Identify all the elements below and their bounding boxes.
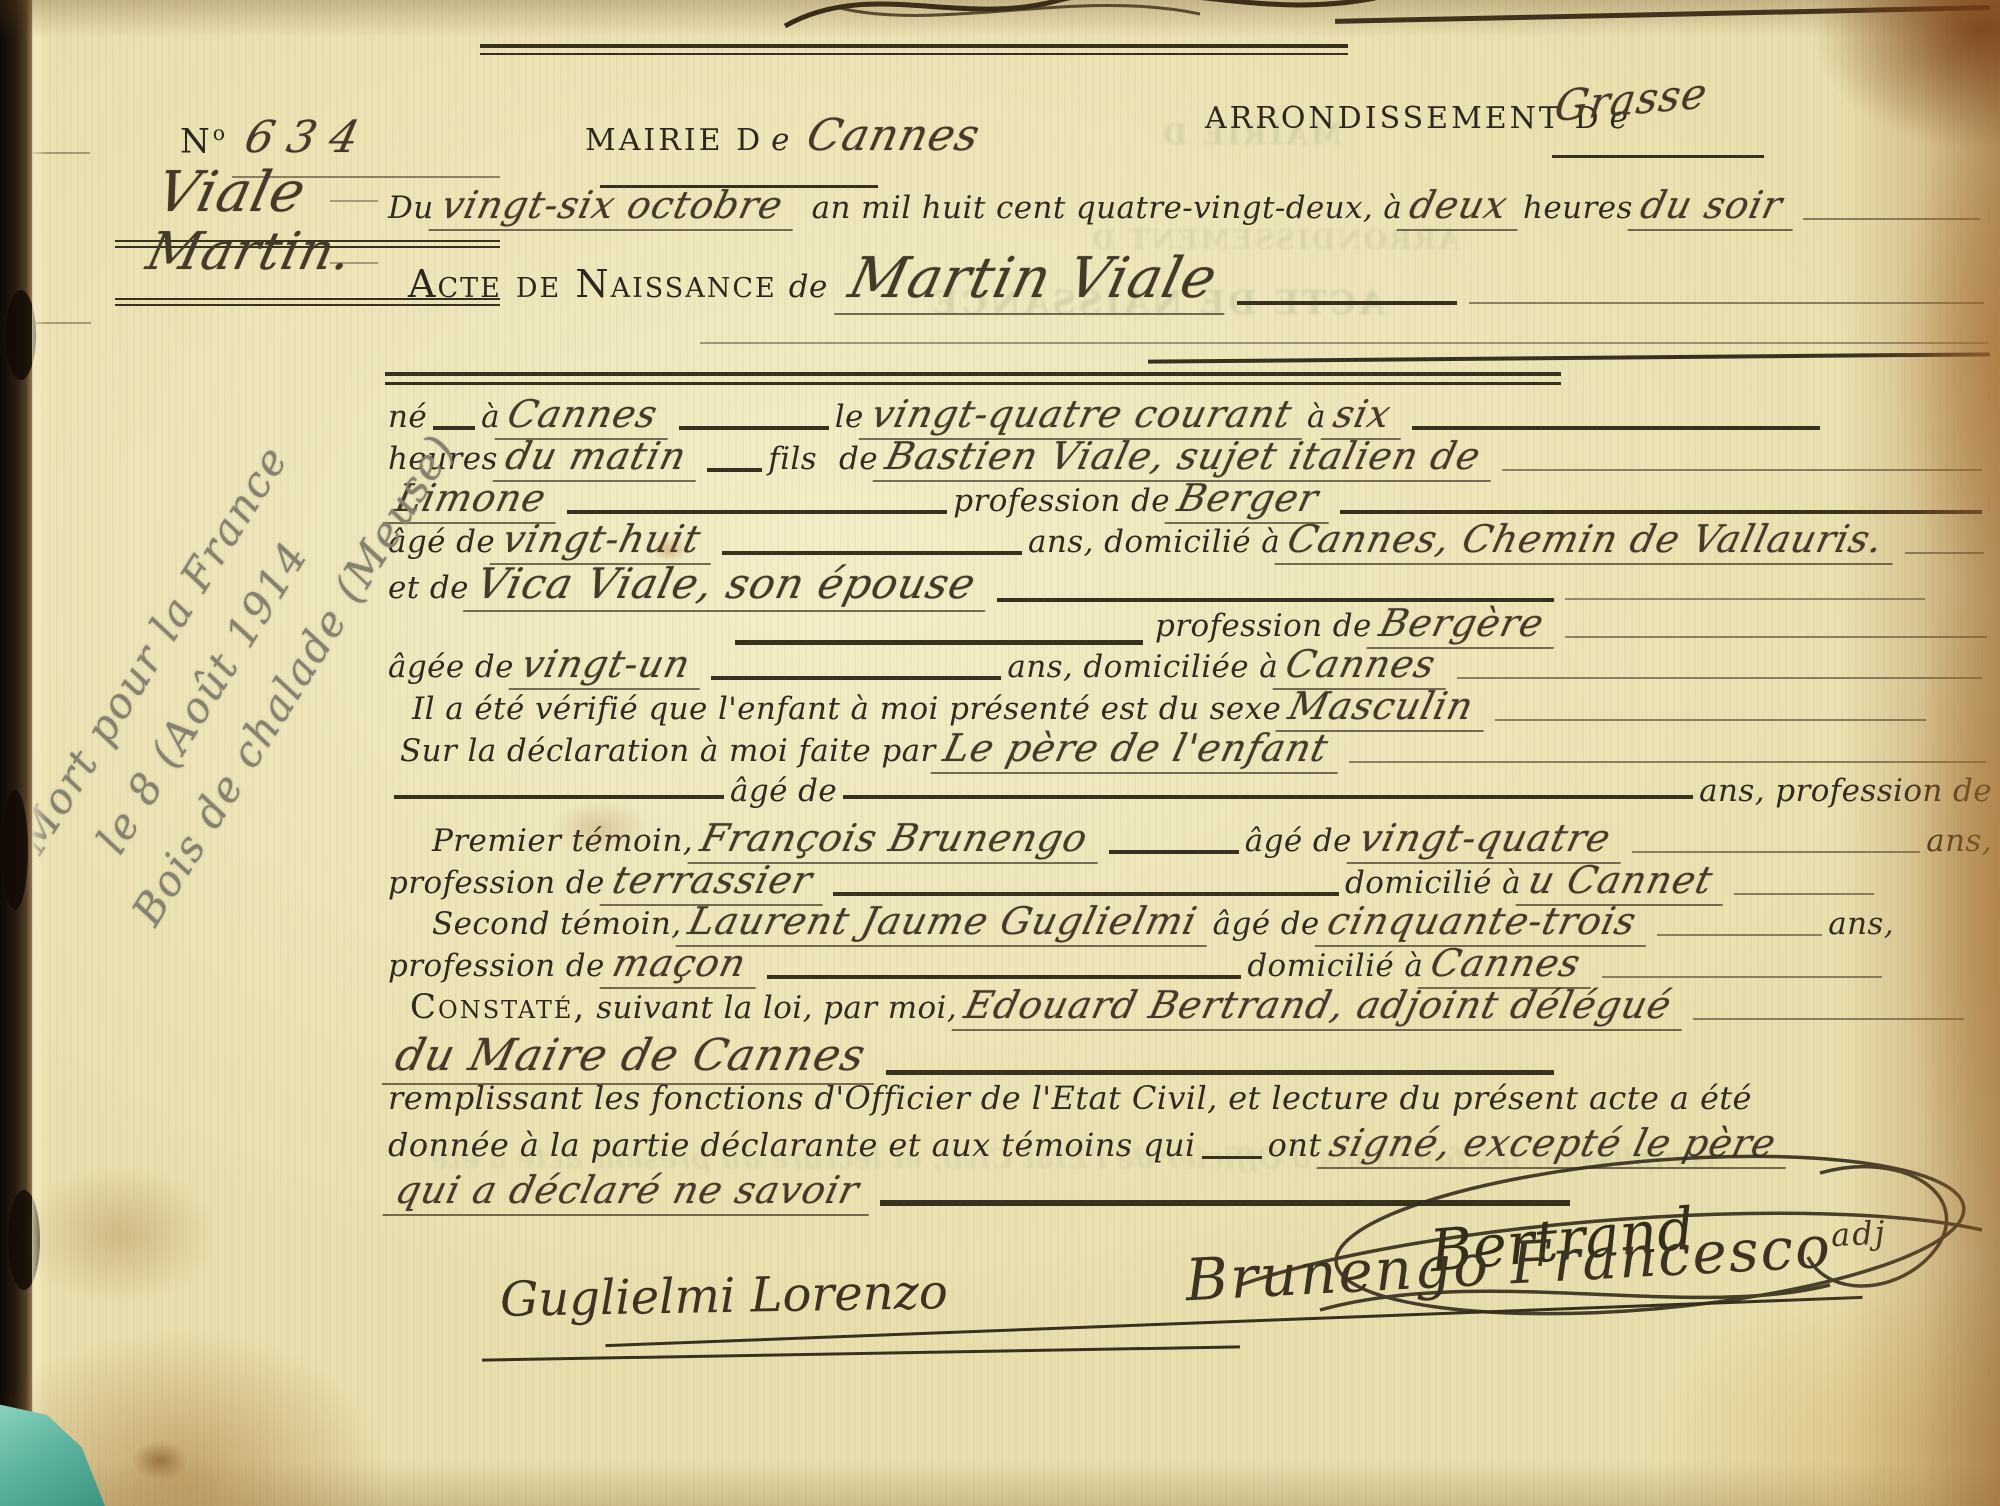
section-rule-right — [1148, 352, 1990, 363]
printed-segment: Sur la déclaration à moi faite par — [400, 733, 936, 769]
witness2-signature-underline — [482, 1345, 1240, 1361]
mairie-value-handwritten: Cannes — [802, 110, 985, 161]
top-flourish — [780, 0, 1380, 36]
spine-tear — [2, 790, 28, 910]
fill-line — [886, 1070, 1554, 1075]
witness2-profession-handwritten: maçon — [599, 941, 766, 989]
witness2-age-handwritten: cinquante-trois — [1314, 899, 1656, 947]
printed-segment: profession de — [1155, 608, 1372, 644]
top-right-rule — [1335, 5, 1990, 24]
act-number: No 634 — [180, 112, 372, 163]
constate-line: Constaté, suivant la loi, par moi, Edoua… — [410, 983, 1970, 1031]
maire-handwritten: du Maire de Cannes — [382, 1030, 887, 1085]
date-line: Du vingt-six octobre an mil huit cent qu… — [388, 183, 1986, 231]
handwritten-date: vingt-six octobre — [428, 183, 803, 231]
printed-segment: le — [835, 399, 864, 435]
printed-segment: de — [789, 269, 828, 305]
fill-line — [1502, 469, 1982, 471]
firstname-handwritten: Martin. — [141, 222, 359, 282]
printed-segment: ans, domicilié à — [1028, 524, 1280, 560]
maire-line: du Maire de Cannes — [388, 1030, 1560, 1085]
arrondissement-value: Grasse — [1553, 68, 1709, 130]
fill-line — [1457, 677, 1982, 679]
constate-label: Constaté, — [410, 987, 586, 1027]
father-age-handwritten: vingt-huit — [490, 517, 722, 565]
mairie-header: MAIRIE D e Cannes — [585, 110, 979, 161]
fill-line — [1734, 893, 1874, 895]
fill-line — [679, 426, 829, 430]
mairie-label: MAIRIE D — [585, 123, 763, 158]
fill-line — [1632, 851, 1920, 853]
printed-segment: Premier témoin, — [432, 823, 693, 859]
printed-segment: profession de — [388, 865, 605, 901]
officer-name-handwritten: Edouard Bertrand, adjoint délégué — [952, 983, 1693, 1031]
printed-segment: âgée de — [388, 649, 514, 685]
number-value-handwritten: 634 — [240, 112, 378, 163]
section-double-rule — [385, 372, 1561, 385]
act-title-label: Acte de Naissance — [408, 262, 777, 306]
declarant-line: Sur la déclaration à moi faite par Le pè… — [400, 726, 1992, 774]
fils-line: heures du matin fils de Bastien Viale, s… — [388, 434, 1988, 482]
witness2-name-handwritten: Laurent Jaume Guglielmi — [676, 899, 1218, 947]
printed-segment: profession de — [388, 948, 605, 984]
savoir-handwritten: qui a déclaré ne savoir — [382, 1168, 879, 1216]
witness1-line: Premier témoin, François Brunengo âgé de… — [432, 816, 1992, 864]
fill-line — [567, 510, 947, 514]
handwritten-hour: deux — [1397, 183, 1529, 231]
printed-segment: âgé de — [1213, 906, 1320, 942]
fill-line — [1803, 218, 1980, 220]
father-address-handwritten: Cannes, Chemin de Vallauris. — [1275, 517, 1905, 565]
number-label: No — [180, 121, 228, 161]
printed-segment: et de — [388, 570, 469, 606]
page-edge-highlight — [32, 0, 48, 1506]
surname-handwritten: Viale — [150, 160, 312, 225]
printed-segment: Il a été vérifié que l'enfant à moi prés… — [412, 691, 1281, 727]
blank-rule — [700, 342, 1988, 344]
annotation-line: le 8 (Août 1914 — [57, 341, 443, 903]
fill-line — [1109, 850, 1239, 854]
arrondissement-underline — [1552, 155, 1764, 158]
declarant-age-line: âgé de ans, profession de — [388, 773, 1992, 809]
time-handwritten: du matin — [492, 434, 707, 482]
printed-segment: âgé de — [1245, 823, 1352, 859]
arrondissement-value-handwritten: Grasse — [1552, 68, 1711, 131]
fill-line — [722, 551, 1022, 555]
printed-segment: donnée à la partie déclarante et aux tém… — [388, 1126, 1196, 1164]
printed-segment: heures — [1523, 190, 1633, 226]
printed-segment: âgé de — [730, 773, 837, 809]
printed-segment: ans, domiciliée à — [1007, 649, 1278, 685]
printed-segment: an mil huit cent quatre-vingt-deux, à — [812, 190, 1403, 226]
printed-segment: ans, — [1828, 906, 1894, 942]
witness2-signature-text: Guglielmi Lorenzo — [500, 1264, 949, 1328]
fill-line — [1469, 302, 1984, 304]
birth-hour-handwritten: six — [1320, 392, 1411, 440]
arrondissement-label: ARRONDISSEMENT D — [1205, 101, 1602, 136]
act-title-line: Acte de Naissance de Martin Viale — [408, 246, 1990, 315]
printed-segment: suivant la loi, par moi, — [596, 990, 957, 1026]
fill-line — [1602, 976, 1882, 978]
top-double-rule — [480, 44, 1348, 55]
fill-line — [1657, 934, 1822, 936]
fill-line — [1340, 510, 1982, 514]
fill-line — [1565, 636, 1987, 638]
printed-segment: remplissant les fonctions d'Officier de … — [388, 1079, 1752, 1117]
witness1-name-handwritten: François Brunengo — [687, 816, 1108, 864]
printed-segment: ans, profession de — [1699, 773, 1992, 809]
child-name-handwritten: Martin Viale — [834, 246, 1240, 315]
fill-line — [1495, 719, 1926, 721]
number-sup: o — [213, 121, 228, 145]
father-name-handwritten: Bastien Viale, sujet italien de — [872, 434, 1501, 482]
birthdate-handwritten: vingt-quatre courant — [858, 392, 1312, 440]
sex-line: Il a été vérifié que l'enfant à moi prés… — [412, 684, 1932, 732]
fill-line — [1693, 1018, 1964, 1020]
fill-line — [1905, 552, 1984, 554]
witness2-profession-line: profession de maçon domicilié à Cannes — [388, 941, 1888, 989]
printed-segment: domicilié à — [1345, 865, 1521, 901]
printed-segment: Du — [388, 190, 434, 226]
fill-line — [1412, 426, 1820, 430]
birthplace-handwritten: Cannes — [494, 392, 678, 440]
father-age-line: âgé de vingt-huit ans, domicilié à Canne… — [388, 517, 1990, 565]
printed-segment: fils — [768, 441, 817, 477]
fill-line — [707, 468, 762, 472]
mairie-article: e — [771, 122, 790, 158]
margin-surname: Viale — [158, 160, 305, 225]
printed-segment: ans, — [1926, 823, 1992, 859]
witness1-age-handwritten: vingt-quatre — [1346, 816, 1631, 864]
fill-line — [1349, 761, 1986, 763]
fill-line — [843, 795, 1693, 799]
margin-dash — [330, 200, 378, 202]
birth-certificate-scan: MAIRIE D Acte de Naissance ARRONDISSEMEN… — [0, 0, 2000, 1506]
handwritten-time-of-day: du soir — [1627, 183, 1803, 231]
fill-line — [711, 676, 1001, 680]
printed-segment: de — [839, 441, 878, 477]
ne-line: né à Cannes le vingt-quatre courant à si… — [388, 392, 1826, 440]
margin-firstname: Martin. — [148, 222, 352, 282]
witness2-signature: Guglielmi Lorenzo — [500, 1264, 949, 1328]
printed-segment: profession de — [953, 483, 1170, 519]
remplissant-line: remplissant les fonctions d'Officier de … — [388, 1079, 1752, 1117]
mother-age-handwritten: vingt-un — [508, 642, 711, 690]
mother-age-line: âgée de vingt-un ans, domiciliée à Canne… — [388, 642, 1988, 690]
sex-handwritten: Masculin — [1276, 684, 1495, 732]
printed-segment: domicilié à — [1247, 948, 1423, 984]
mort-pour-la-france-annotation: Mort pour la France le 8 (Août 1914 Bois… — [0, 305, 501, 939]
witness2-line: Second témoin, Laurent Jaume Guglielmi â… — [432, 899, 1894, 947]
declarant-handwritten: Le père de l'enfant — [930, 726, 1348, 774]
fill-line — [394, 795, 724, 799]
fill-line — [1237, 301, 1457, 305]
witness2-residence-handwritten: Cannes — [1418, 941, 1602, 989]
fill-line — [767, 975, 1241, 979]
fill-line — [833, 892, 1339, 896]
mother-residence-handwritten: Cannes — [1273, 642, 1457, 690]
witness1-signature-suffix: adj — [1830, 1213, 1887, 1254]
mother-name-handwritten: Vica Viale, son épouse — [463, 559, 997, 612]
printed-segment: Second témoin, — [432, 906, 681, 942]
mother-line-continuation — [1565, 598, 1925, 600]
